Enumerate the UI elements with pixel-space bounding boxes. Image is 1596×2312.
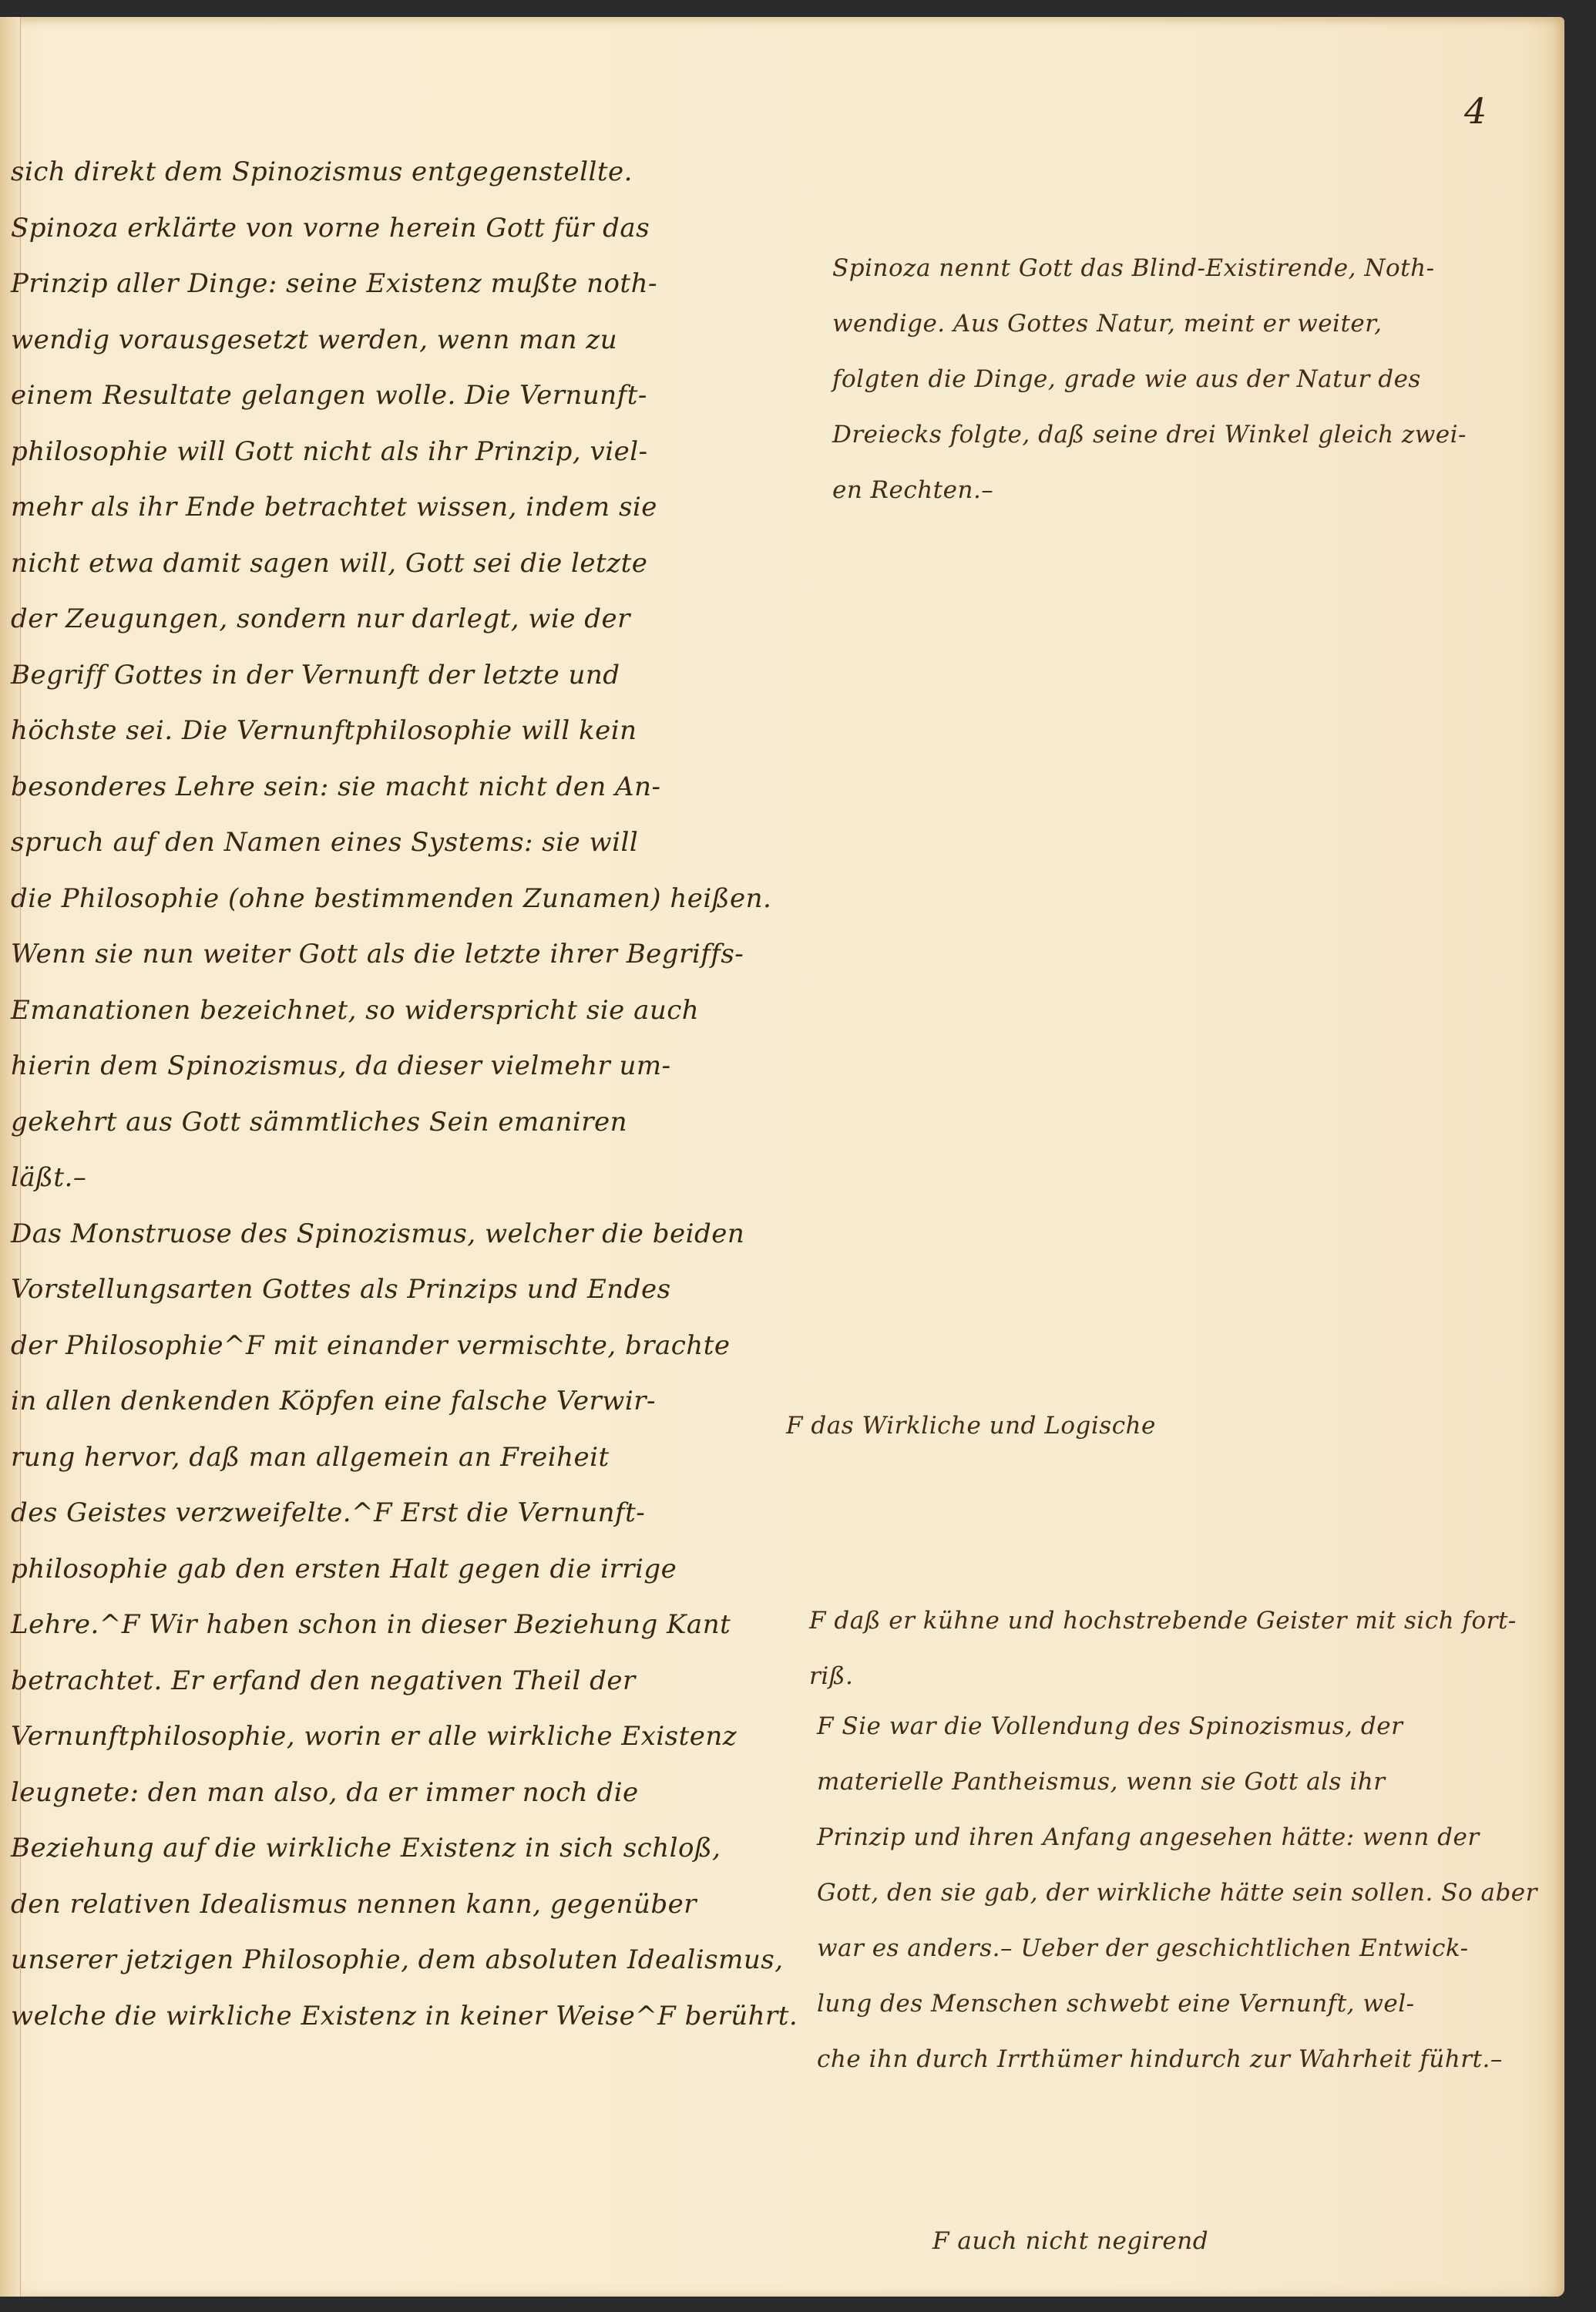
- text-line: der Philosophie^F mit einander vermischt…: [11, 1318, 789, 1374]
- text-line: der Zeugungen, sondern nur darlegt, wie …: [11, 591, 789, 647]
- footnote-F2: F daß er kühne und hochstrebende Geister…: [809, 1593, 1572, 1704]
- text-line: Begriff Gottes in der Vernunft der letzt…: [11, 647, 789, 704]
- note-line: Gott, den sie gab, der wirkliche hätte s…: [817, 1865, 1580, 1921]
- note-line: che ihn durch Irrthümer hindurch zur Wah…: [817, 2031, 1580, 2087]
- text-line: Spinoza erklärte von vorne herein Gott f…: [11, 200, 789, 257]
- note-line: F daß er kühne und hochstrebende Geister…: [809, 1593, 1572, 1648]
- text-line: mehr als ihr Ende betrachtet wissen, ind…: [11, 479, 789, 536]
- text-line: Emanationen bezeichnet, so widerspricht …: [11, 983, 789, 1039]
- text-line: betrachtet. Er erfand den negativen Thei…: [11, 1653, 789, 1709]
- text-line: Vorstellungsarten Gottes als Prinzips un…: [11, 1262, 789, 1318]
- footnote-F3: F Sie war die Vollendung des Spinozismus…: [817, 1699, 1580, 2087]
- manuscript-page: 4 sich direkt dem Spinozismus entgegenst…: [0, 17, 1564, 2297]
- text-line: des Geistes verzweifelte.^F Erst die Ver…: [11, 1485, 789, 1541]
- text-line: höchste sei. Die Vernunftphilosophie wil…: [11, 703, 789, 759]
- text-line: die Philosophie (ohne bestimmenden Zunam…: [11, 871, 789, 927]
- marginal-note-spinoza: Spinoza nennt Gott das Blind-Existirende…: [832, 240, 1595, 518]
- text-line: welche die wirkliche Existenz in keiner …: [11, 1988, 789, 2045]
- note-line: F auch nicht negirend: [932, 2213, 1596, 2269]
- text-line: den relativen Idealismus nennen kann, ge…: [11, 1877, 789, 1933]
- text-line: rung hervor, daß man allgemein an Freihe…: [11, 1430, 789, 1486]
- main-text-column: sich direkt dem Spinozismus entgegenstel…: [11, 144, 789, 2044]
- text-line: besonderes Lehre sein: sie macht nicht d…: [11, 759, 789, 815]
- text-line: gekehrt aus Gott sämmtliches Sein emanir…: [11, 1094, 789, 1151]
- note-line: lung des Menschen schwebt eine Vernunft,…: [817, 1976, 1580, 2031]
- note-line: war es anders.– Ueber der geschichtliche…: [817, 1921, 1580, 1976]
- note-line: Dreiecks folgte, daß seine drei Winkel g…: [832, 407, 1595, 462]
- text-line: in allen denkenden Köpfen eine falsche V…: [11, 1373, 789, 1430]
- note-line: riß.: [809, 1648, 1572, 1704]
- marginal-notes-column: Spinoza nennt Gott das Blind-Existirende…: [794, 17, 1557, 2297]
- text-line: wendig vorausgesetzt werden, wenn man zu: [11, 312, 789, 368]
- footnote-F1: F das Wirkliche und Logische: [786, 1398, 1549, 1453]
- text-line: sich direkt dem Spinozismus entgegenstel…: [11, 144, 789, 200]
- text-line: nicht etwa damit sagen will, Gott sei di…: [11, 536, 789, 592]
- text-line: Vernunftphilosophie, worin er alle wirkl…: [11, 1709, 789, 1765]
- text-line: unserer jetzigen Philosophie, dem absolu…: [11, 1932, 789, 1988]
- text-line: philosophie will Gott nicht als ihr Prin…: [11, 424, 789, 480]
- note-line: en Rechten.–: [832, 462, 1595, 518]
- note-line: folgten die Dinge, grade wie aus der Nat…: [832, 351, 1595, 407]
- note-line: materielle Pantheismus, wenn sie Gott al…: [817, 1754, 1580, 1810]
- text-line: philosophie gab den ersten Halt gegen di…: [11, 1541, 789, 1598]
- text-line: läßt.–: [11, 1150, 789, 1206]
- text-line: Beziehung auf die wirkliche Existenz in …: [11, 1820, 789, 1877]
- text-line: hierin dem Spinozismus, da dieser vielme…: [11, 1038, 789, 1094]
- note-line: Prinzip und ihren Anfang angesehen hätte…: [817, 1810, 1580, 1865]
- note-line: Spinoza nennt Gott das Blind-Existirende…: [832, 240, 1595, 296]
- note-line: F Sie war die Vollendung des Spinozismus…: [817, 1699, 1580, 1754]
- text-line: Wenn sie nun weiter Gott als die letzte …: [11, 926, 789, 983]
- note-line: wendige. Aus Gottes Natur, meint er weit…: [832, 296, 1595, 351]
- text-line: einem Resultate gelangen wolle. Die Vern…: [11, 368, 789, 424]
- text-line: leugnete: den man also, da er immer noch…: [11, 1765, 789, 1821]
- note-line: F das Wirkliche und Logische: [786, 1398, 1549, 1453]
- footnote-F4: F auch nicht negirend: [932, 2213, 1596, 2269]
- text-line: Lehre.^F Wir haben schon in dieser Bezie…: [11, 1597, 789, 1653]
- text-line: Prinzip aller Dinge: seine Existenz mußt…: [11, 256, 789, 312]
- text-line: Das Monstruose des Spinozismus, welcher …: [11, 1206, 789, 1262]
- text-line: spruch auf den Namen eines Systems: sie …: [11, 815, 789, 871]
